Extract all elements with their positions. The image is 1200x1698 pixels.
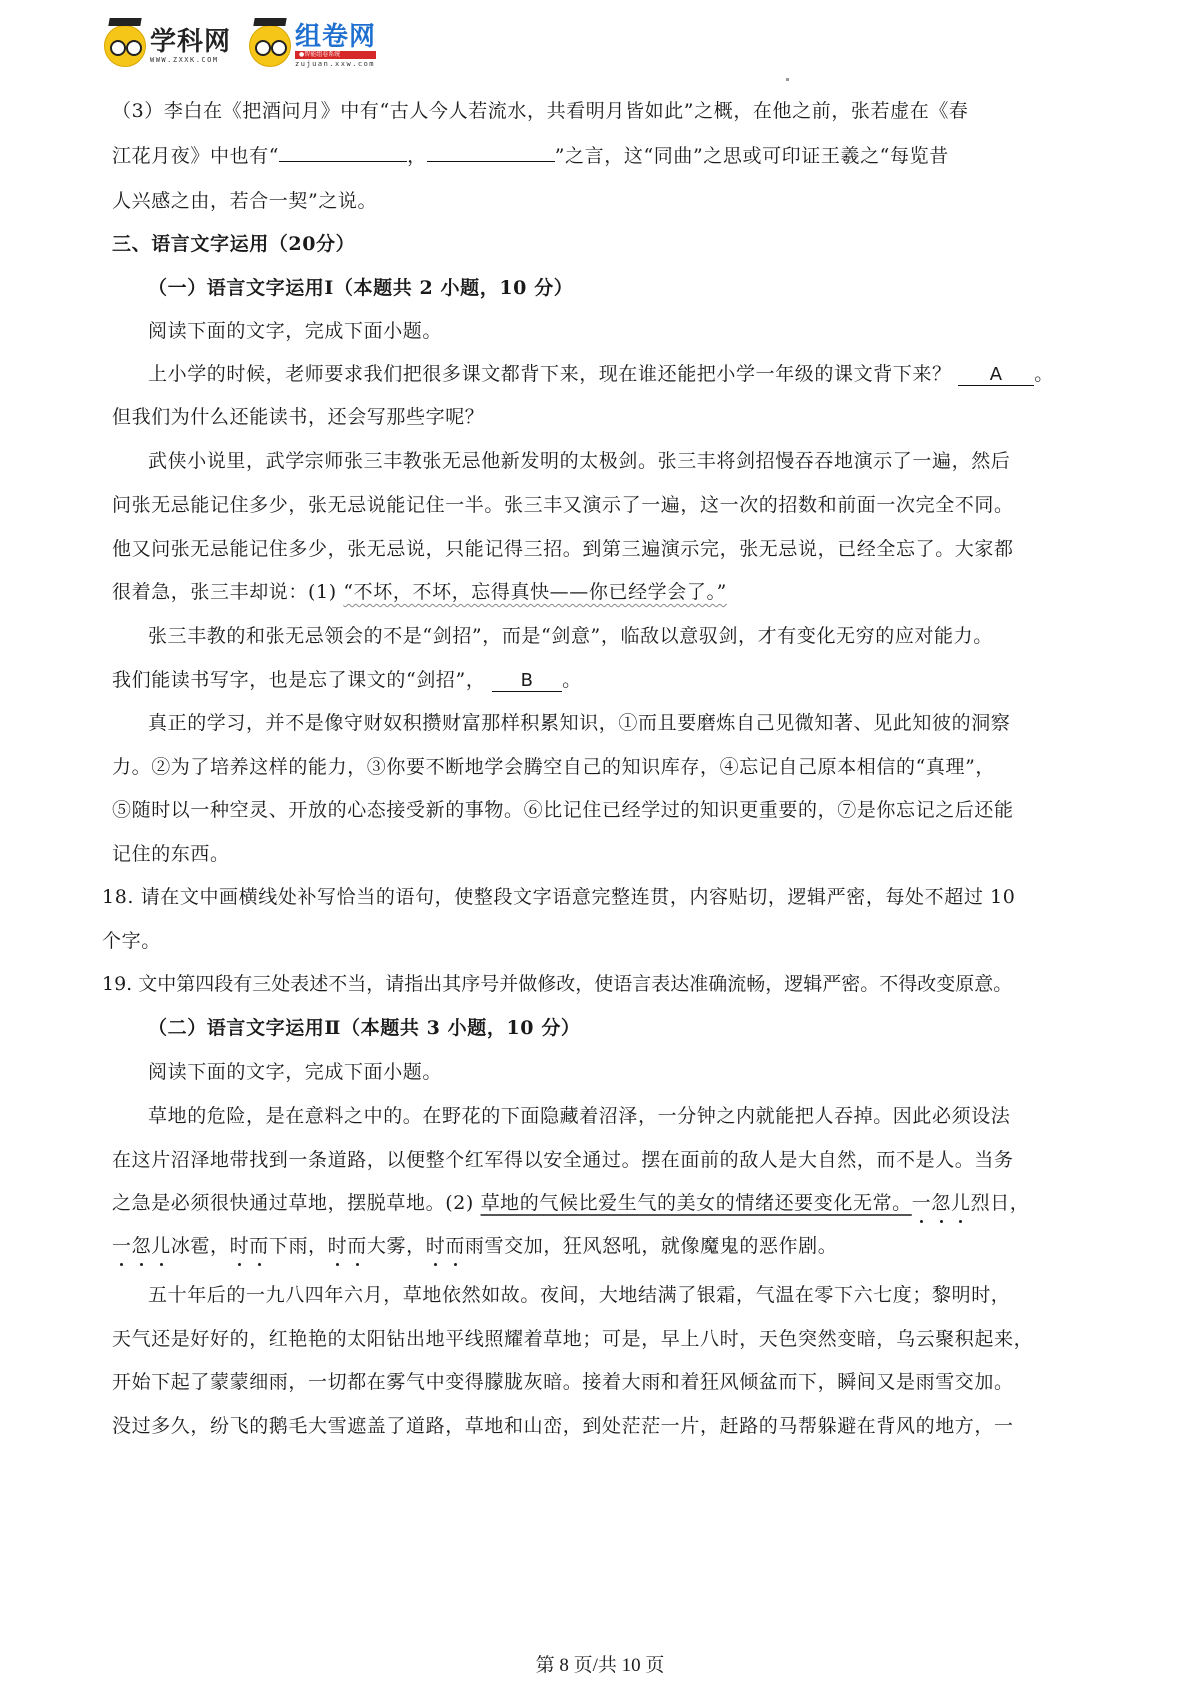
part1-p2-line3: 他又问张无忌能记住多少，张无忌说，只能记得三招。到第三遍演示完，张无忌说，已经全…	[112, 534, 1014, 561]
zujuan-logo: 组卷网 ●智能组卷系统 zujuan.xxw.com	[249, 24, 376, 68]
part1-p3-line2: 我们能读书写字，也是忘了课文的“剑招”， B。	[112, 665, 582, 692]
blank-a[interactable]: A	[958, 364, 1034, 386]
zujuan-logo-name: 组卷网	[295, 24, 376, 50]
part1-p4-line2: 力。②为了培养这样的能力，③你要不断地学会腾空自己的知识库存，④忘记自己原本相信…	[112, 752, 995, 779]
part2-p2-line4: 没过多久，纷飞的鹅毛大雪遮盖了道路，草地和山峦，到处茫茫一片，赶路的马帮躲避在背…	[112, 1411, 1014, 1438]
part1-p4-line3: ⑤随时以一种空灵、开放的心态接受新的事物。⑥比记住已经学过的知识更重要的，⑦是你…	[112, 795, 1014, 822]
section3-title: 三、语言文字运用（20分）	[112, 229, 355, 256]
header-logos: 学科网 WWW.ZXXK.COM 组卷网 ●智能组卷系统 zujuan.xxw.…	[104, 18, 376, 74]
part1-title: （一）语言文字运用Ⅰ（本题共 2 小题，10 分）	[148, 273, 573, 300]
part2-p1-line1: 草地的危险，是在意料之中的。在野花的下面隐藏着沼泽，一分钟之内就能把人吞掉。因此…	[112, 1101, 1010, 1128]
zxxk-logo-url: WWW.ZXXK.COM	[150, 57, 231, 64]
part1-p4-line1: 真正的学习，并不是像守财奴积攒财富那样积累知识，①而且要磨炼自己见微知著、见此知…	[112, 708, 1010, 735]
part1-p4-line4: 记住的东西。	[112, 839, 230, 866]
part2-title: （二）语言文字运用Ⅱ（本题共 3 小题，10 分）	[148, 1013, 581, 1040]
graduate-mascot-icon	[249, 25, 291, 67]
part2-intro: 阅读下面的文字，完成下面小题。	[112, 1057, 442, 1084]
wavy-quote-1: “不坏，不坏，忘得真快——你已经学会了。”	[343, 581, 727, 603]
part1-p1-line1: 上小学的时候，老师要求我们把很多课文都背下来，现在谁还能把小学一年级的课文背下来…	[112, 359, 1054, 386]
question-18-line2: 个字。	[102, 926, 161, 953]
q3-blank-2[interactable]	[427, 143, 555, 162]
part2-p2-line3: 开始下起了蒙蒙细雨，一切都在雾气中变得朦胧灰暗。接着大雨和着狂风倾盆而下，瞬间又…	[112, 1367, 1014, 1394]
part1-p2-line4: 很着急，张三丰却说：(1) “不坏，不坏，忘得真快——你已经学会了。”	[112, 577, 727, 604]
q3-line3: 人兴感之由，若合一契”之说。	[112, 186, 377, 213]
scan-mark	[786, 78, 789, 81]
question-19: 19. 文中第四段有三处表述不当，请指出其序号并做修改，使语言表达准确流畅，逻辑…	[102, 969, 1012, 996]
part2-p2-line1: 五十年后的一九八四年六月，草地依然如故。夜间，大地结满了银霜，气温在零下六七度；…	[112, 1280, 1010, 1307]
part1-intro: 阅读下面的文字，完成下面小题。	[112, 316, 442, 343]
zujuan-logo-url: zujuan.xxw.com	[295, 61, 376, 68]
dotted-word: 一忽儿	[912, 1192, 971, 1214]
zxxk-logo-name: 学科网	[150, 29, 231, 55]
q3-line2: 江花月夜》中也有“，”之言，这“同曲”之思或可印证王羲之“每览昔	[112, 141, 949, 168]
part1-p1-line2: 但我们为什么还能读书，还会写那些字呢？	[112, 402, 484, 429]
q3-blank-1[interactable]	[279, 143, 407, 162]
part1-p2-line1: 武侠小说里，武学宗师张三丰教张无忌他新发明的太极剑。张三丰将剑招慢吞吞地演示了一…	[112, 446, 1010, 473]
part1-p2-line2: 问张无忌能记住多少，张无忌说能记住一半。张三丰又演示了一遍，这一次的招数和前面一…	[112, 490, 1014, 517]
question-18-line1: 18. 请在文中画横线处补写恰当的语句，使整段文字语意完整连贯，内容贴切，逻辑严…	[102, 882, 1015, 909]
part1-p3-line1: 张三丰教的和张无忌领会的不是“剑招”，而是“剑意”，临敌以意驭剑，才有变化无穷的…	[112, 621, 993, 648]
zxxk-logo: 学科网 WWW.ZXXK.COM	[104, 25, 231, 67]
part2-p1-line4: 一忽儿冰雹，时而下雨，时而大雾，时而雨雪交加，狂风怒吼，就像魔鬼的恶作剧。	[112, 1231, 837, 1258]
part2-p1-line3: 之急是必须很快通过草地，摆脱草地。(2) 草地的气候比爱生气的美女的情绪还要变化…	[112, 1188, 1029, 1215]
underlined-sentence-2: 草地的气候比爱生气的美女的情绪还要变化无常。	[481, 1192, 912, 1214]
page-number: 第 8 页/共 10 页	[0, 1650, 1200, 1677]
q3-line1: （3）李白在《把酒问月》中有“古人今人若流水，共看明月皆如此”之概，在他之前，张…	[112, 96, 969, 123]
blank-b[interactable]: B	[492, 670, 562, 692]
mascot-icon	[104, 25, 146, 67]
part2-p1-line2: 在这片沼泽地带找到一条道路，以便整个红军得以安全通过。摆在面前的敌人是大自然，而…	[112, 1145, 1014, 1172]
part2-p2-line2: 天气还是好好的，红艳艳的太阳钻出地平线照耀着草地；可是，早上八时，天色突然变暗，…	[112, 1324, 1033, 1351]
zujuan-logo-tag: ●智能组卷系统	[295, 51, 376, 59]
